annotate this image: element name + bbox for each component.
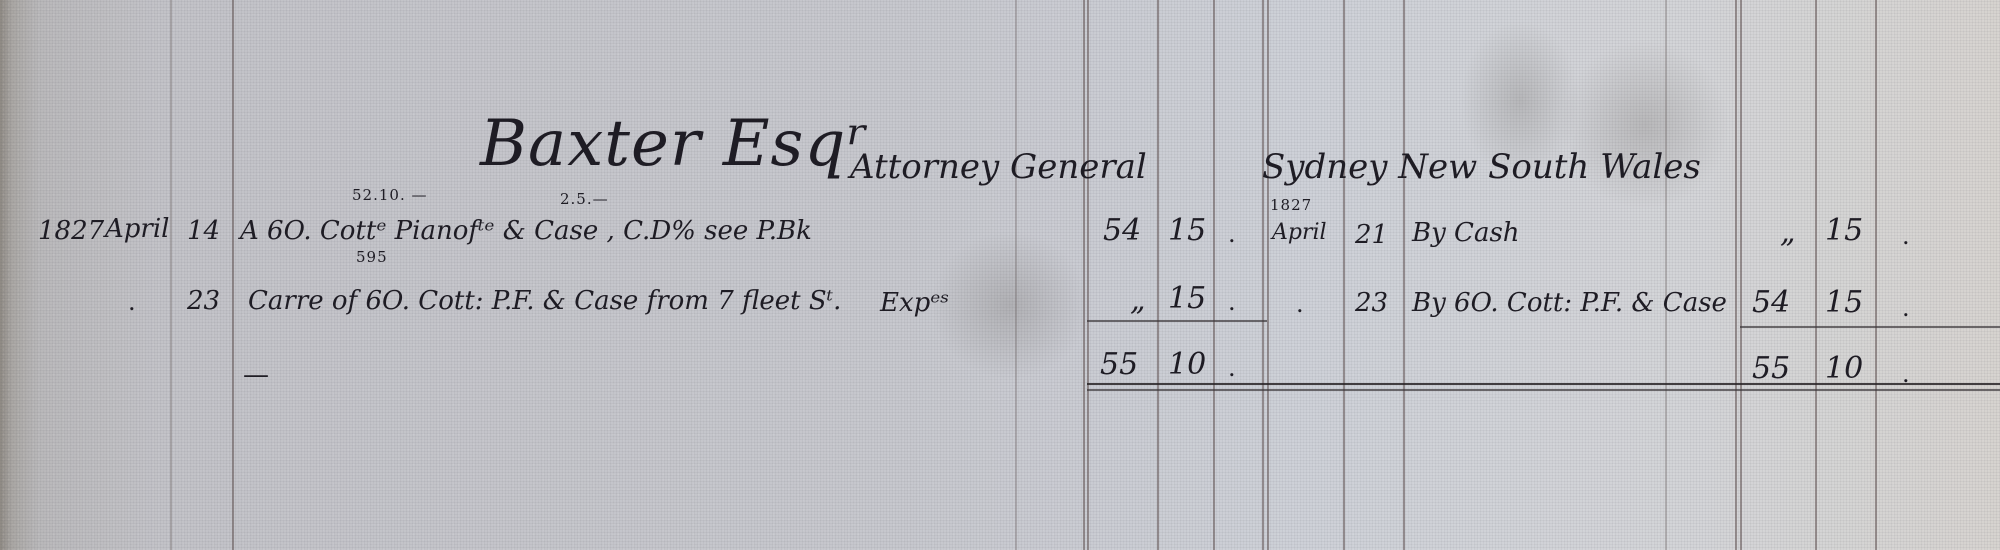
credit-total-pounds: 55 [1752,354,1790,384]
credit-folio-rule [1665,0,1667,550]
debit-entry-2-ditto: . [128,290,136,314]
debit-entry-2-day: 23 [187,288,220,314]
debit-total-double-rule-bottom [1087,389,2000,391]
debit-total-pounds: 55 [1100,350,1138,380]
credit-entry-2-month-ditto: . [1296,292,1304,316]
account-holder-office: Attorney General [850,150,1147,184]
credit-day-rule [1343,0,1345,550]
credit-pounds-rule-b [1740,0,1742,550]
debit-entry-1-description: A 6O. Cottᵉ Pianofᵗᵉ & Case , C.D% see P… [240,218,812,244]
credit-shillings-rule [1815,0,1817,550]
debit-total-pence: . [1228,356,1236,380]
debit-entry-1-annotation-number: 595 [356,250,388,265]
debit-entry-1-shillings: 15 [1168,216,1206,246]
credit-pounds-rule-a [1735,0,1737,550]
debit-entry-1-month: April [105,216,169,242]
debit-entry-1-annotation-case: 2.5.— [560,192,609,207]
debit-entry-1-annotation-price: 52.10. — [352,188,427,203]
debit-entry-2-description: Carre of 6O. Cott: P.F. & Case from 7 fl… [248,288,841,314]
debit-shillings-rule [1157,0,1159,550]
margin-rule [170,0,172,550]
paper-texture [0,0,2000,550]
debit-entry-1-day: 14 [187,218,220,244]
credit-total-pence: . [1902,362,1910,386]
credit-entry-1-pounds: „ [1780,218,1796,248]
debit-pounds-rule-left-a [1083,0,1085,550]
debit-pounds-rule-left-b [1087,0,1089,550]
credit-pence-rule [1875,0,1877,550]
debit-entry-2-pence: . [1228,290,1236,314]
credit-subtotal-rule [1740,326,2000,328]
credit-entry-1-pence: . [1902,224,1910,248]
debit-entry-2-pounds: „ [1130,286,1146,316]
paper-stain [930,230,1090,380]
folio-rule [1015,0,1017,550]
debit-entry-2-note: Expᵉˢ [880,290,949,316]
credit-desc-rule [1403,0,1405,550]
debit-right-rule-b [1267,0,1269,550]
credit-entry-1-year: 1827 [1270,198,1312,213]
credit-entry-2-day: 23 [1355,290,1388,316]
account-holder-name: Baxter Esqʳ [480,112,870,176]
credit-entry-1-day: 21 [1355,222,1388,248]
credit-entry-2-shillings: 15 [1825,288,1863,318]
debit-pence-rule [1213,0,1215,550]
credit-entry-2-description: By 6O. Cott: P.F. & Case [1412,290,1727,316]
debit-total-shillings: 10 [1168,350,1206,380]
credit-entry-1-month: April [1272,222,1327,244]
debit-closing-mark: — [243,362,269,388]
account-holder-place: Sydney New South Wales [1262,150,1701,184]
debit-subtotal-rule [1087,320,1267,322]
debit-entry-2-shillings: 15 [1168,284,1206,314]
debit-entry-1-pence: . [1228,222,1236,246]
credit-entry-1-description: By Cash [1412,220,1520,246]
credit-entry-2-pounds: 54 [1752,288,1790,318]
credit-entry-2-pence: . [1902,296,1910,320]
credit-total-shillings: 10 [1825,354,1863,384]
day-column-rule [232,0,234,550]
debit-right-rule-a [1262,0,1264,550]
credit-entry-1-shillings: 15 [1825,216,1863,246]
debit-entry-1-pounds: 54 [1103,216,1141,246]
debit-entry-1-year: 1827 [38,218,104,244]
